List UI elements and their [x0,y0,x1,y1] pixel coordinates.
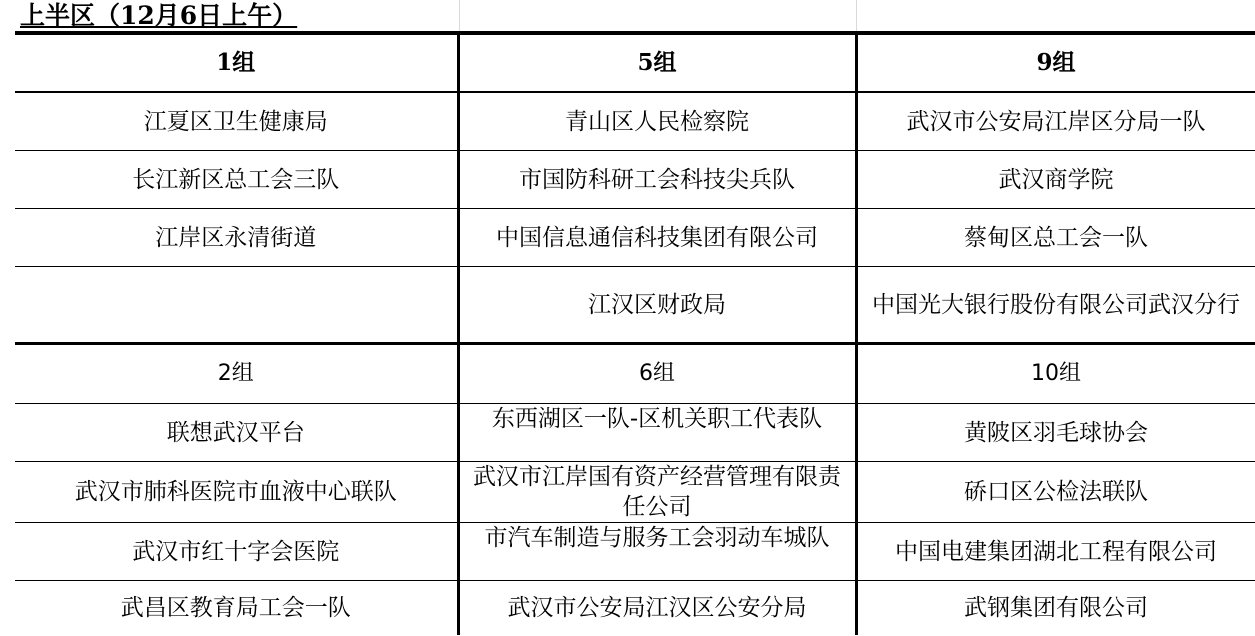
group-header-9: 9组 [856,33,1255,92]
team-cell: 武钢集团有限公司 [856,581,1255,636]
group-header-10: 10组 [856,344,1255,404]
team-cell: 江汉区财政局 [458,267,856,344]
team-cell: 武昌区教育局工会一队 [15,581,458,636]
team-cell: 硚口区公检法联队 [856,462,1255,523]
team-cell: 江岸区永清街道 [15,209,458,267]
team-cell: 长江新区总工会三队 [15,151,458,209]
sheet-gridline [459,0,460,31]
team-cell: 市国防科研工会科技尖兵队 [458,151,856,209]
page-title: 上半区（12月6日上午） [20,0,297,31]
table-row: 武汉市红十字会医院 市汽车制造与服务工会羽动车城队 中国电建集团湖北工程有限公司 [15,523,1255,581]
team-cell: 中国电建集团湖北工程有限公司 [856,523,1255,581]
team-cell: 中国信息通信科技集团有限公司 [458,209,856,267]
group-table-container: 1组 5组 9组 江夏区卫生健康局 青山区人民检察院 武汉市公安局江岸区分局一队… [15,31,1255,635]
table-row: 长江新区总工会三队 市国防科研工会科技尖兵队 武汉商学院 [15,151,1255,209]
team-cell: 江夏区卫生健康局 [15,92,458,151]
team-cell: 联想武汉平台 [15,404,458,462]
group-draw-table: 1组 5组 9组 江夏区卫生健康局 青山区人民检察院 武汉市公安局江岸区分局一队… [15,31,1255,635]
team-cell: 黄陂区羽毛球协会 [856,404,1255,462]
table-row: 武汉市肺科医院市血液中心联队 武汉市江岸国有资产经营管理有限责任公司 硚口区公检… [15,462,1255,523]
table-row: 江岸区永清街道 中国信息通信科技集团有限公司 蔡甸区总工会一队 [15,209,1255,267]
team-cell: 东西湖区一队-区机关职工代表队 [458,404,856,462]
team-cell: 武汉市公安局江汉区公安分局 [458,581,856,636]
group-header-6: 6组 [458,344,856,404]
team-cell: 武汉市公安局江岸区分局一队 [856,92,1255,151]
table-row: 联想武汉平台 东西湖区一队-区机关职工代表队 黄陂区羽毛球协会 [15,404,1255,462]
team-cell-empty [15,267,458,344]
team-cell: 市汽车制造与服务工会羽动车城队 [458,523,856,581]
team-cell: 武汉市肺科医院市血液中心联队 [15,462,458,523]
table-row: 江夏区卫生健康局 青山区人民检察院 武汉市公安局江岸区分局一队 [15,92,1255,151]
team-cell: 武汉商学院 [856,151,1255,209]
team-cell: 中国光大银行股份有限公司武汉分行 [856,267,1255,344]
group-header-2: 2组 [15,344,458,404]
group-header-row: 2组 6组 10组 [15,344,1255,404]
sheet-gridline [856,0,857,31]
group-header-5: 5组 [458,33,856,92]
group-header-1: 1组 [15,33,458,92]
team-cell: 武汉市江岸国有资产经营管理有限责任公司 [458,462,856,523]
group-header-row: 1组 5组 9组 [15,33,1255,92]
table-row: 武昌区教育局工会一队 武汉市公安局江汉区公安分局 武钢集团有限公司 [15,581,1255,636]
table-row: 江汉区财政局 中国光大银行股份有限公司武汉分行 [15,267,1255,344]
team-cell: 青山区人民检察院 [458,92,856,151]
team-cell: 蔡甸区总工会一队 [856,209,1255,267]
team-cell: 武汉市红十字会医院 [15,523,458,581]
